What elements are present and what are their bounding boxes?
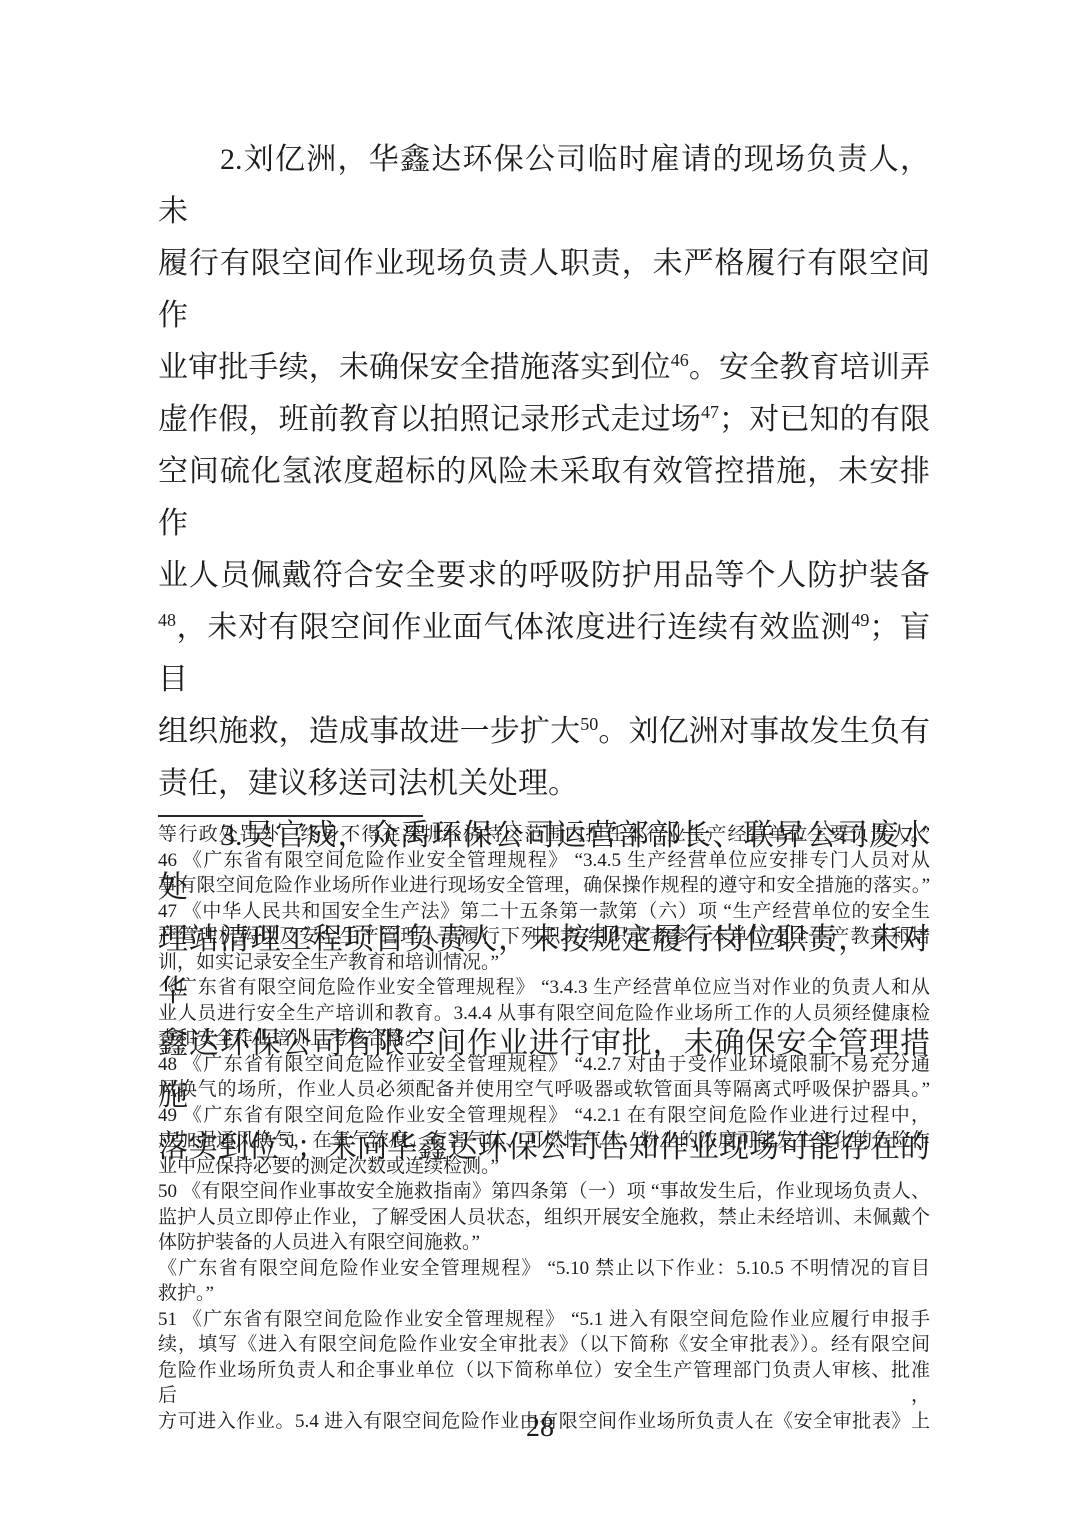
footnote-line: 51 《广东省有限空间危险作业安全管理规程》 “5.1 进入有限空间危险作业应履…: [158, 1307, 930, 1333]
footnote-line: 训，如实记录安全生产教育和培训情况。”: [158, 950, 930, 976]
body-text-run: 履行有限空间作业现场负责人职责，未严格履行有限空间作: [158, 247, 930, 332]
footnote-line: 47 《中华人民共和国安全生产法》第二十五条第一款第（六）项 “生产经营单位的安…: [158, 899, 930, 925]
footnote-ref: 47: [701, 402, 719, 422]
footnote-line: 救护。”: [158, 1281, 930, 1307]
body-text-run: 。安全教育培训弄: [689, 351, 930, 384]
body-text-run: ，未对有限空间作业面气体浓度进行连续有效监测: [176, 611, 851, 644]
footnote-line: 续，填写《进入有限空间危险作业安全审批表》（以下简称《安全审批表》）。经有限空间: [158, 1332, 930, 1358]
footnote-line: 49 《广东省有限空间危险作业安全管理规程》 “4.2.1 在有限空间危险作业进…: [158, 1103, 930, 1129]
footnote-line: 《广东省有限空间危险作业安全管理规程》 “3.4.3 生产经营单位应当对作业的负…: [158, 975, 930, 1001]
footnote-line: 业中应保持必要的测定次数或连续检测。”: [158, 1154, 930, 1180]
footnote-line: 事有限空间危险作业场所作业进行现场安全管理，确保操作规程的遵守和安全措施的落实。…: [158, 873, 930, 899]
footnote-line: 50 《有限空间作业事故安全施救指南》第四条第（一）项 “事故发生后，作业现场负…: [158, 1179, 930, 1205]
body-line: 组织施救，造成事故进一步扩大50。刘亿洲对事故发生负有: [158, 706, 930, 758]
footnote-ref: 46: [671, 350, 689, 370]
body-text-run: 业审批手续，未确保安全措施落实到位: [158, 351, 671, 384]
footnote-ref: 48: [158, 610, 176, 630]
footnotes: 等行政处罚外，终身不得在深圳经济特区范围内担任本行业生产经营单位主要负责人。”4…: [158, 822, 930, 1434]
body-line: 虚作假，班前教育以拍照记录形式走过场47；对已知的有限: [158, 394, 930, 446]
document-page: 2.刘亿洲，华鑫达环保公司临时雇请的现场负责人，未履行有限空间作业现场负责人职责…: [0, 0, 1080, 1527]
body-line: 业人员佩戴符合安全要求的呼吸防护用品等个人防护装备: [158, 550, 930, 602]
footnote-ref: 50: [580, 714, 598, 734]
body-line: 48，未对有限空间作业面气体浓度进行连续有效监测49；盲目: [158, 602, 930, 706]
body-text-run: 组织施救，造成事故进一步扩大: [158, 715, 580, 748]
footnote-line: 监护人员立即停止作业，了解受困人员状态，组织开展安全施救，禁止未经培训、未佩戴个: [158, 1205, 930, 1231]
footnote-line: 查和安全作业培训且考核合格。”: [158, 1026, 930, 1052]
body-line: 空间硫化氢浓度超标的风险未采取有效管控措施，未安排作: [158, 446, 930, 550]
footnote-line: 业人员进行安全生产培训和教育。3.4.4 从事有限空间危险作业场所工作的人员须经…: [158, 1001, 930, 1027]
body-text-run: 空间硫化氢浓度超标的风险未采取有效管控措施，未安排作: [158, 455, 930, 540]
body-line: 2.刘亿洲，华鑫达环保公司临时雇请的现场负责人，未: [158, 134, 930, 238]
body-line: 业审批手续，未确保安全措施落实到位46。安全教育培训弄: [158, 342, 930, 394]
footnote-line: 危险作业场所负责人和企事业单位（以下简称单位）安全生产管理部门负责人审核、批准后…: [158, 1358, 930, 1409]
footnote-line: 风换气的场所，作业人员必须配备并使用空气呼吸器或软管面具等隔离式呼吸保护器具。”: [158, 1077, 930, 1103]
body-text-run: 2.刘亿洲，华鑫达环保公司临时雇请的现场负责人，未: [158, 143, 930, 228]
body-text-run: 。刘亿洲对事故发生负有: [598, 715, 930, 748]
footnote-ref: 49: [851, 610, 869, 630]
body-text-run: ；对已知的有限: [719, 403, 930, 436]
body-text-run: 责任，建议移送司法机关处理。: [158, 767, 578, 800]
body-line: 责任，建议移送司法机关处理。: [158, 758, 930, 810]
body-text-run: 业人员佩戴符合安全要求的呼吸防护用品等个人防护装备: [158, 559, 930, 592]
footnote-line: 等行政处罚外，终身不得在深圳经济特区范围内担任本行业生产经营单位主要负责人。”: [158, 822, 930, 848]
body-text-run: 虚作假，班前教育以拍照记录形式走过场: [158, 403, 701, 436]
footnote-line: 体防护装备的人员进入有限空间施救。”: [158, 1230, 930, 1256]
footnote-line: 46 《广东省有限空间危险作业安全管理规程》 “3.4.5 生产经营单位应安排专…: [158, 848, 930, 874]
footnote-separator: [158, 815, 423, 817]
footnote-line: 应加强通风换气，在氧气浓度、有害气体、可燃性气体、粉尘的浓度可能发生变化的危险作: [158, 1128, 930, 1154]
page-number: 28: [0, 1412, 1080, 1444]
footnote-line: 48 《广东省有限空间危险作业安全管理规程》 “4.2.7 对由于受作业环境限制…: [158, 1052, 930, 1078]
body-line: 履行有限空间作业现场负责人职责，未严格履行有限空间作: [158, 238, 930, 342]
footnote-line: 《广东省有限空间危险作业安全管理规程》 “5.10 禁止以下作业：5.10.5 …: [158, 1256, 930, 1282]
footnote-line: 产管理机构以及安全生产管理人员履行下列职责:组织或者参与本单位安全生产教育和培: [158, 924, 930, 950]
